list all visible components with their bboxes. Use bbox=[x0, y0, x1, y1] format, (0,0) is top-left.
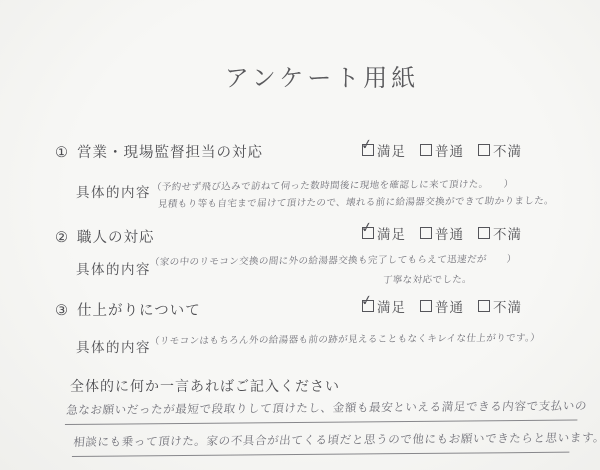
option-satisfied: 満足 bbox=[362, 223, 406, 243]
question-1-detail-line-1: （予約せず飛び込みで訪ねて伺った数時間後に現地を確認しに来て頂けた。 ） bbox=[151, 176, 514, 193]
question-3-label: ③仕上がりについて bbox=[55, 299, 201, 320]
option-label: 不満 bbox=[493, 140, 522, 160]
question-2-detail-line-1: （家の中のリモコン交換の間に外の給湯器交換も完了してもらえて迅速だが ） bbox=[149, 251, 517, 268]
page-title: アンケート用紙 bbox=[0, 58, 600, 93]
option-normal: 普通 bbox=[420, 140, 464, 160]
question-3-number: ③ bbox=[55, 303, 69, 319]
option-label: 満足 bbox=[377, 223, 406, 243]
question-2-text: 職人の対応 bbox=[77, 230, 155, 246]
option-label: 満足 bbox=[377, 140, 406, 160]
option-normal: 普通 bbox=[420, 223, 464, 243]
option-satisfied: 満足 bbox=[362, 296, 406, 316]
question-3-detail-label: 具体的内容 bbox=[76, 336, 151, 356]
option-dissatisfied: 不満 bbox=[478, 223, 522, 243]
checkbox-dissatisfied[interactable] bbox=[478, 144, 490, 156]
checkbox-dissatisfied[interactable] bbox=[478, 227, 490, 239]
question-3-options: 満足 普通 不満 bbox=[362, 296, 522, 316]
overall-comment-line-2: 相談にも乗って頂けた。家の不具合が出てくる頃だと思うので他にもお願いできたらと思… bbox=[72, 430, 572, 457]
question-1-number: ① bbox=[55, 145, 69, 161]
option-label: 不満 bbox=[493, 223, 522, 243]
checkbox-normal[interactable] bbox=[420, 300, 432, 312]
question-2-detail-label: 具体的内容 bbox=[76, 258, 151, 278]
checkbox-satisfied[interactable] bbox=[362, 227, 374, 239]
option-dissatisfied: 不満 bbox=[478, 140, 522, 160]
question-3-text: 仕上がりについて bbox=[77, 303, 201, 319]
option-dissatisfied: 不満 bbox=[478, 296, 522, 316]
option-normal: 普通 bbox=[420, 296, 464, 316]
question-2-number: ② bbox=[55, 230, 69, 246]
question-2-label: ②職人の対応 bbox=[55, 226, 155, 247]
checkbox-normal[interactable] bbox=[420, 227, 432, 239]
overall-comment-label: 全体的に何か一言あればご記入ください bbox=[70, 376, 340, 396]
checkbox-satisfied[interactable] bbox=[362, 300, 374, 312]
question-1-label: ①営業・現場監督担当の対応 bbox=[55, 141, 263, 162]
question-1-detail-line-2: 見積もり等も自宅まで届けて頂けたので、壊れる前に給湯器交換ができて助かりました。 bbox=[157, 193, 555, 210]
option-label: 普通 bbox=[435, 223, 464, 243]
checkbox-satisfied[interactable] bbox=[362, 144, 374, 156]
option-label: 普通 bbox=[435, 296, 464, 316]
question-1-options: 満足 普通 不満 bbox=[362, 140, 522, 160]
question-2-detail-line-2: 丁寧な対応でした。 bbox=[382, 271, 473, 286]
checkbox-dissatisfied[interactable] bbox=[478, 300, 490, 312]
question-1-text: 営業・現場監督担当の対応 bbox=[77, 145, 263, 161]
option-label: 満足 bbox=[377, 296, 406, 316]
survey-sheet: アンケート用紙 ①営業・現場監督担当の対応 満足 普通 不満 具体的内容 （予約… bbox=[0, 0, 600, 470]
checkbox-normal[interactable] bbox=[420, 144, 432, 156]
overall-comment-line-1: 急なお願いだったが最短で段取りして頂けたし、金額も最安といえる満足できる内容で支… bbox=[65, 398, 580, 425]
question-3-detail-line-1: （リモコンはもちろん外の給湯器も前の跡が見えることもなくキレイな仕上がりです。） bbox=[149, 330, 541, 347]
option-satisfied: 満足 bbox=[362, 140, 406, 160]
question-1-detail-label: 具体的内容 bbox=[76, 181, 151, 201]
question-2-options: 満足 普通 不満 bbox=[362, 223, 522, 243]
option-label: 不満 bbox=[493, 296, 522, 316]
option-label: 普通 bbox=[435, 140, 464, 160]
